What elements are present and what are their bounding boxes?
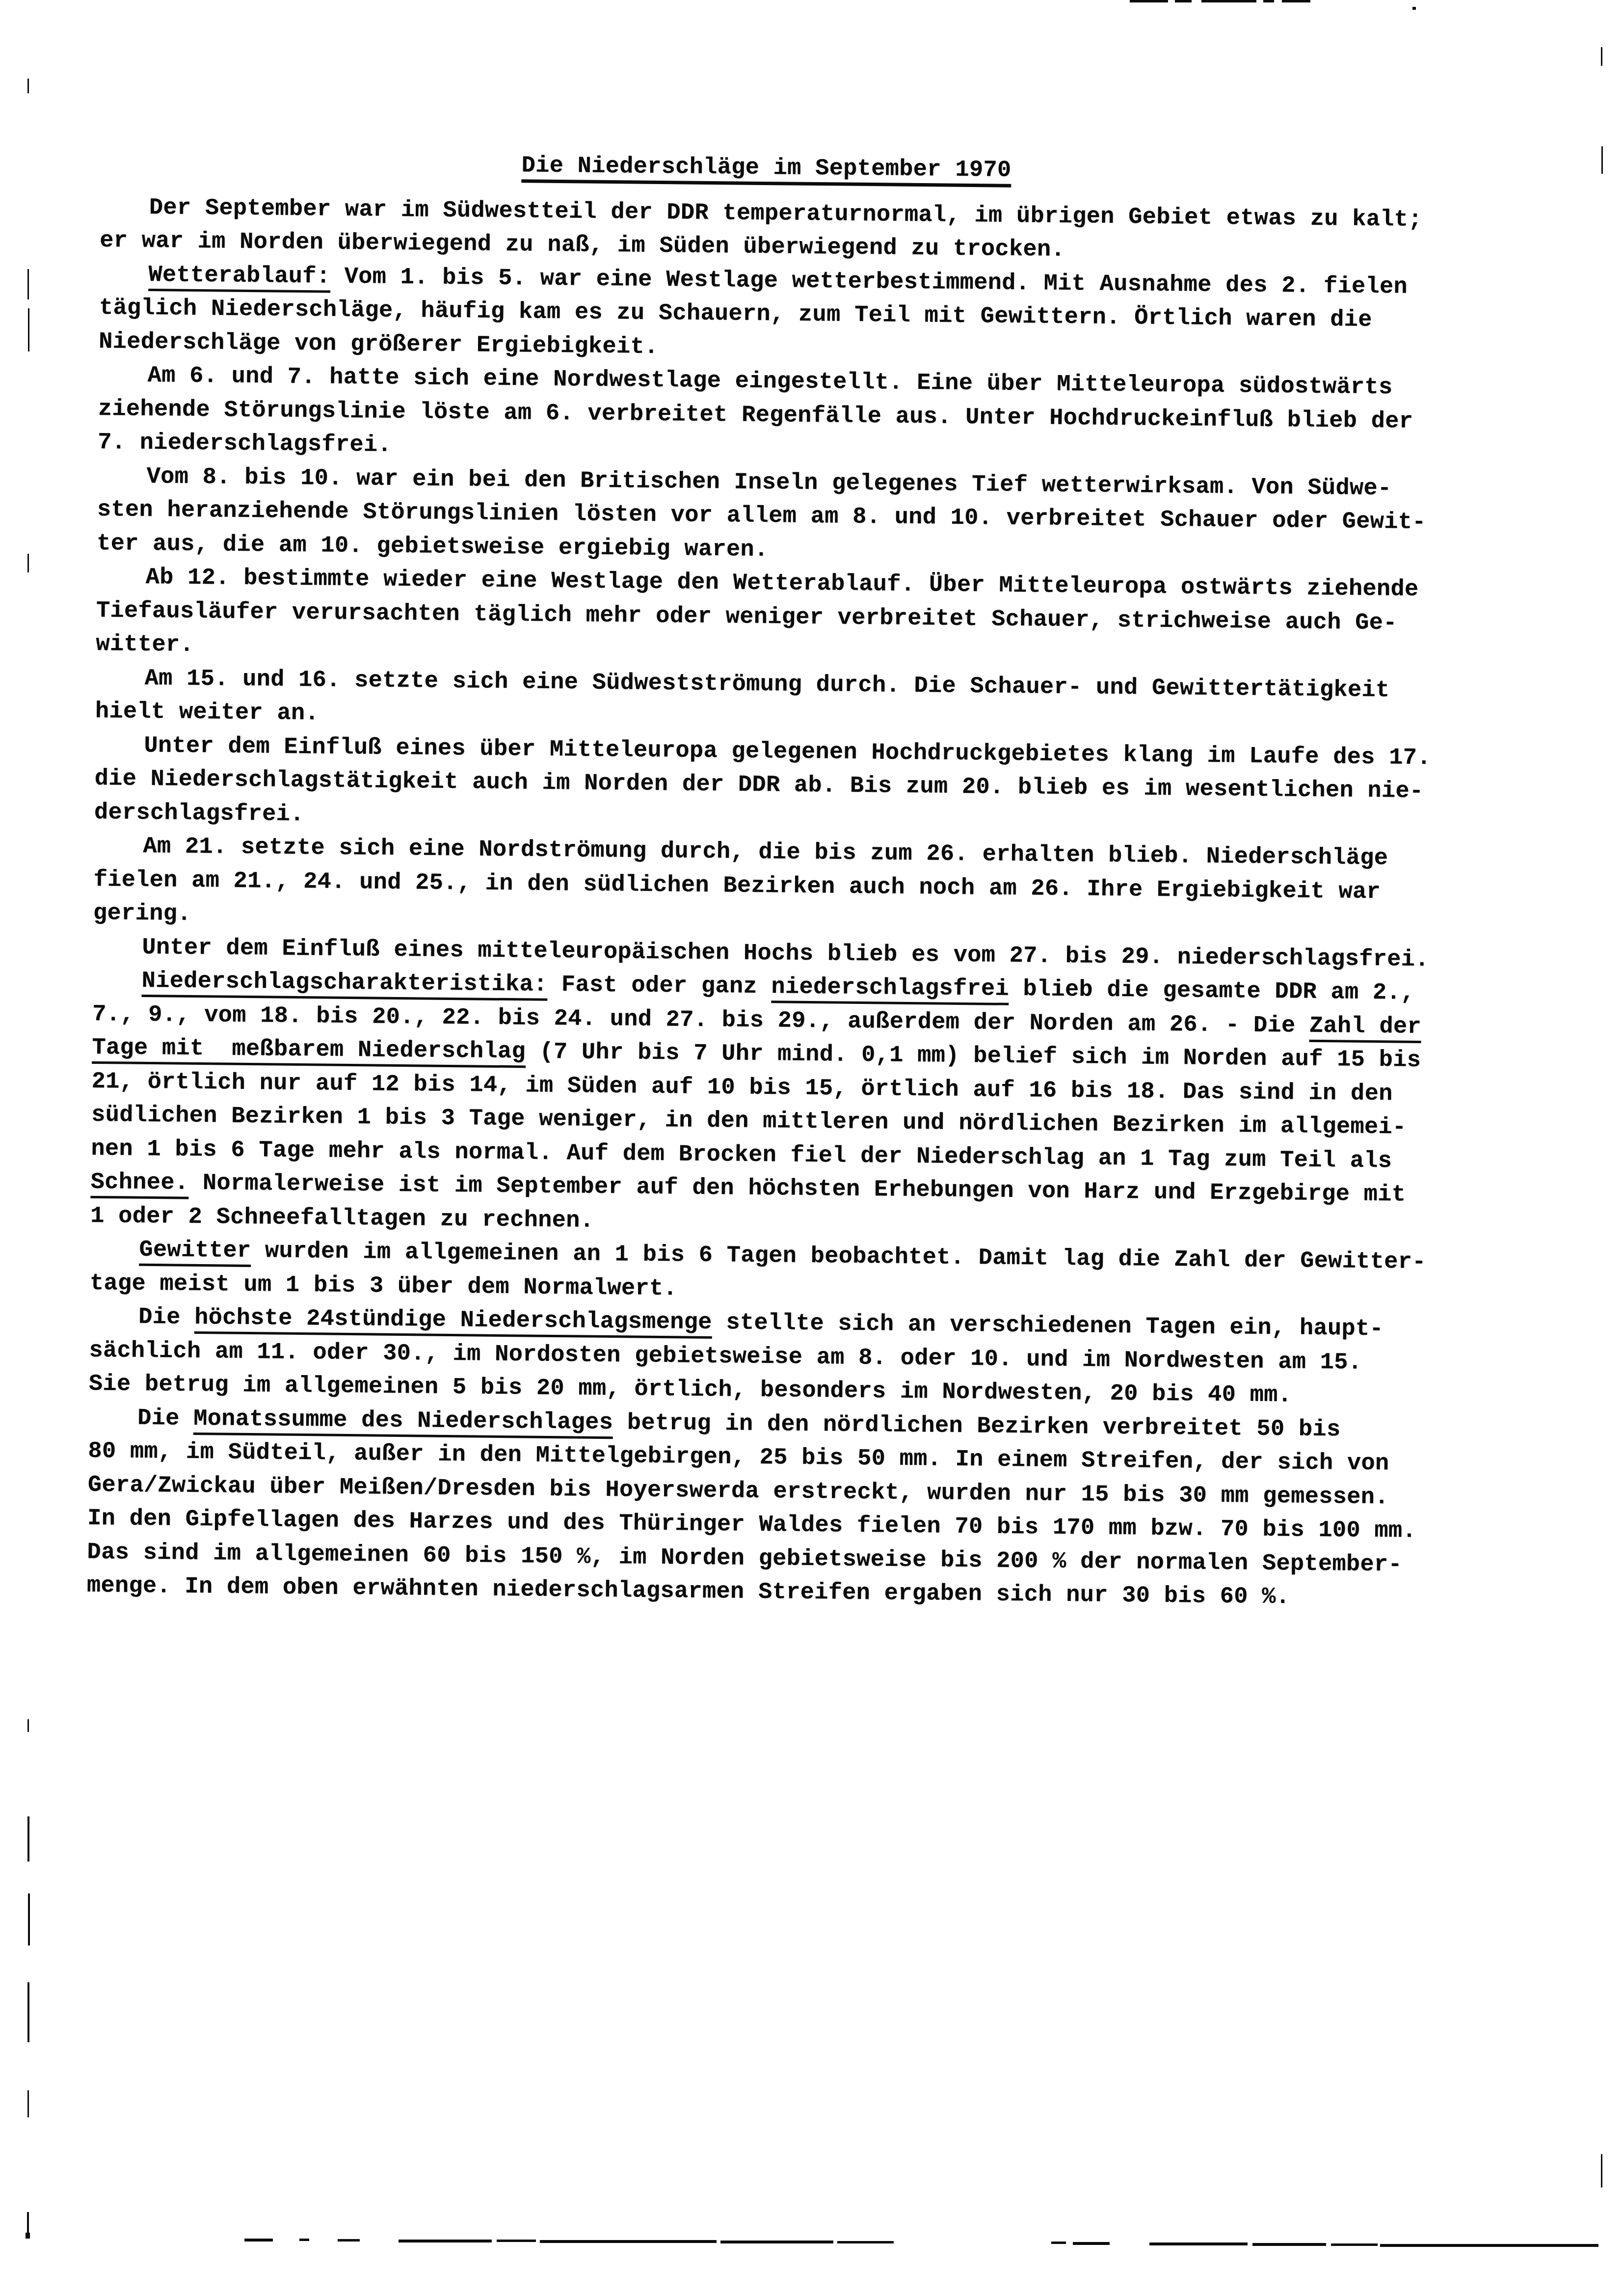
scan-artifact-left-dash — [27, 1982, 29, 2042]
scan-artifact-right-dash — [1601, 47, 1602, 66]
scan-artifact-left-dash — [27, 2090, 29, 2117]
underlined-text: niederschlagsfrei — [771, 974, 1009, 1005]
scan-artifact-bottom-line — [497, 2240, 536, 2242]
scan-artifact-left-dash — [27, 79, 29, 93]
scan-artifact-left-dot — [26, 2233, 30, 2239]
document-text: Die Niederschläge im September 1970Der S… — [86, 145, 1568, 1617]
underlined-text: Gewitter — [139, 1237, 251, 1267]
underlined-text: Niederschlagscharakteristika: — [141, 968, 547, 1001]
underlined-text: Monatssumme des Niederschlages — [193, 1405, 613, 1438]
document-title: Die Niederschläge im September 1970 — [521, 153, 1011, 188]
scan-artifact-bottom-line — [1051, 2242, 1066, 2244]
scan-artifact-bottom-line — [1252, 2243, 1326, 2246]
scan-artifact-bottom-line — [1149, 2242, 1248, 2245]
text-segment: Niederschläge von größerer Ergiebigkeit. — [99, 328, 659, 360]
text-segment: gering. — [93, 900, 191, 927]
text-segment: 1 oder 2 Schneefalltagen zu rechnen. — [90, 1203, 594, 1234]
scan-artifact-top-dash — [1130, 0, 1168, 2]
text-segment: 7. niederschlagsfrei. — [98, 430, 392, 459]
text-segment: Fast oder ganz — [547, 972, 772, 1000]
scan-artifact-right-dash — [1601, 2154, 1602, 2188]
text-segment: hielt weiter an. — [95, 699, 319, 727]
scan-artifact-top-dot — [1412, 7, 1416, 10]
scan-artifact-bottom-line — [1073, 2242, 1110, 2245]
scan-artifact-bottom-line — [244, 2239, 273, 2242]
title-line: Die Niederschläge im September 1970 — [100, 145, 1568, 193]
text-segment: er war im Norden überwiegend zu naß, im … — [100, 228, 1065, 263]
scan-artifact-left-dash — [28, 1893, 30, 1945]
underlined-text: Wetterablauf: — [148, 262, 330, 293]
text-segment: derschlagsfrei. — [94, 799, 304, 827]
scan-artifact-bottom-line — [1331, 2243, 1378, 2246]
scan-artifact-bottom-line — [720, 2241, 833, 2243]
text-segment: Die — [138, 1304, 195, 1331]
scan-artifact-left-dash — [28, 308, 29, 351]
text-segment: Vom 1. bis 5. war eine Westlage wetterbe… — [330, 264, 1408, 300]
text-segment: stellte sich an verschiedenen Tagen ein,… — [712, 1310, 1384, 1342]
scan-artifact-bottom-line — [837, 2241, 894, 2243]
text-segment: blieb die gesamte DDR am 2., — [1009, 976, 1415, 1006]
scan-artifact-left-dash — [27, 1719, 29, 1732]
scan-artifact-left-dash — [27, 269, 29, 299]
scan-artifact-top-dash — [1282, 0, 1310, 2]
text-segment: Die — [137, 1405, 194, 1432]
scan-artifact-right-dash — [1601, 146, 1603, 174]
scan-artifact-top-dash — [1175, 0, 1192, 2]
underlined-text: Schnee. — [90, 1169, 188, 1199]
scanned-document-page: Die Niederschläge im September 1970Der S… — [0, 0, 1623, 2296]
scan-artifact-top-dash — [1201, 0, 1256, 2]
scan-artifact-bottom-line — [1380, 2244, 1598, 2247]
underlined-text: höchste 24stündige Niederschlagsmenge — [194, 1305, 712, 1339]
scan-artifact-top-dash — [1263, 0, 1274, 2]
text-segment: (7 Uhr bis 7 Uhr mind. 0,1 mm) belief si… — [526, 1039, 1421, 1074]
text-segment: tage meist um 1 bis 3 über dem Normalwer… — [89, 1270, 677, 1301]
scan-artifact-bottom-line — [338, 2239, 360, 2242]
text-segment: ter aus, die am 10. gebietsweise ergiebi… — [97, 530, 769, 563]
scan-artifact-left-dash — [27, 1816, 29, 1862]
scan-artifact-left-dash — [27, 554, 29, 572]
text-segment: witter. — [96, 631, 194, 658]
underlined-text: Zahl der — [1309, 1013, 1421, 1043]
text-segment: betrug in den nördlichen Bezirken verbre… — [613, 1410, 1341, 1443]
scan-artifact-bottom-line — [540, 2240, 717, 2243]
underlined-text: Tage mit meßbarem Niederschlag — [92, 1035, 526, 1068]
scan-artifact-bottom-line — [299, 2239, 309, 2241]
scan-artifact-bottom-line — [399, 2240, 492, 2242]
